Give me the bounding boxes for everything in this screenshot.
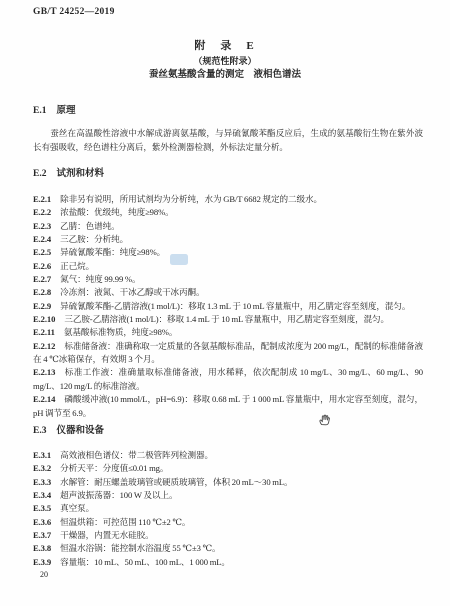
instruments-list: E.3.1高效液相色谱仪：带二极管阵列检测器。 E.3.2分析天平：分度值≤0.… — [33, 449, 423, 569]
list-item: E.3.4超声波振荡器：100 W 及以上。 — [33, 489, 423, 502]
list-item: E.3.9容量瓶：10 mL、50 mL、100 mL、1 000 mL。 — [33, 556, 423, 569]
list-item: E.3.5真空泵。 — [33, 502, 423, 515]
list-item: E.2.14磷酸缓冲液(10 mmol/L，pH=6.9)：移取 0.68 mL… — [33, 393, 423, 420]
appendix-normative-label: （规范性附录） — [0, 54, 450, 68]
list-item: E.2.2浓盐酸：优级纯，纯度≥98%。 — [33, 206, 423, 219]
list-item: E.2.5异硫氰酸苯酯：纯度≥98%。 — [33, 246, 423, 259]
section-title: 仪器和设备 — [56, 426, 104, 436]
page-number: 20 — [40, 570, 48, 579]
list-item: E.3.8恒温水浴锅：能控制水浴温度 55 ℃±3 ℃。 — [33, 542, 423, 555]
document-page: GB/T 24252—2019 附 录 E （规范性附录） 蚕丝氨基酸含量的测定… — [0, 0, 450, 606]
list-item: E.2.8冷冻剂：液氮、干冰乙醇或干冰丙酮。 — [33, 286, 423, 299]
list-item: E.2.13标准工作液：准确量取标准储备液，用水稀释，依次配制成 10 mg/L… — [33, 366, 423, 393]
list-item: E.2.10三乙胺-乙腈溶液(1 mol/L)：移取 1.4 mL 于 10 m… — [33, 313, 423, 326]
list-item: E.3.7干燥器，内置无水硅胶。 — [33, 529, 423, 542]
list-item: E.3.3水解管：耐压螺盖玻璃管或硬质玻璃管，体积 20 mL～30 mL。 — [33, 476, 423, 489]
list-item: E.2.12标准储备液：准确称取一定质量的各氨基酸标准品，配制成浓度为 200 … — [33, 340, 423, 367]
section-number: E.1 — [33, 106, 46, 116]
standard-code: GB/T 24252—2019 — [33, 7, 115, 17]
list-item: E.2.6正己烷。 — [33, 260, 423, 273]
hand-grab-cursor-icon — [317, 412, 331, 427]
list-item: E.2.1除非另有说明，所用试剂均为分析纯，水为 GB/T 6682 规定的二级… — [33, 193, 423, 206]
list-item: E.2.7氮气：纯度 99.99 %。 — [33, 273, 423, 286]
section-heading-e1: E.1原理 — [33, 102, 75, 116]
list-item: E.2.11氨基酸标准物质，纯度≥98%。 — [33, 326, 423, 339]
appendix-title-block: 附 录 E （规范性附录） 蚕丝氨基酸含量的测定 液相色谱法 — [0, 38, 450, 83]
list-item: E.3.6恒温烘箱：可控范围 110 ℃±2 ℃。 — [33, 516, 423, 529]
section-heading-e2: E.2试剂和材料 — [33, 165, 104, 179]
section-title: 试剂和材料 — [56, 169, 104, 179]
section-number: E.3 — [33, 426, 46, 436]
appendix-title: 附 录 E — [0, 38, 450, 54]
section-number: E.2 — [33, 169, 46, 179]
list-item: E.3.2分析天平：分度值≤0.01 mg。 — [33, 462, 423, 475]
list-item: E.3.1高效液相色谱仪：带二极管阵列检测器。 — [33, 449, 423, 462]
principle-paragraph: 蚕丝在高温酸性溶液中水解成游离氨基酸，与异硫氰酸苯酯反应后，生成的氨基酸衍生物在… — [33, 127, 423, 154]
list-item: E.2.9异硫氰酸苯酯-乙腈溶液(1 mol/L)：移取 1.3 mL 于 10… — [33, 300, 423, 313]
list-item: E.2.4三乙胺：分析纯。 — [33, 233, 423, 246]
section-heading-e3: E.3仪器和设备 — [33, 422, 104, 436]
section-title: 原理 — [56, 106, 75, 116]
appendix-subject-title: 蚕丝氨基酸含量的测定 液相色谱法 — [0, 68, 450, 83]
watermark-badge — [170, 254, 188, 265]
list-item: E.2.3乙腈：色谱纯。 — [33, 220, 423, 233]
reagents-list: E.2.1除非另有说明，所用试剂均为分析纯，水为 GB/T 6682 规定的二级… — [33, 193, 423, 420]
